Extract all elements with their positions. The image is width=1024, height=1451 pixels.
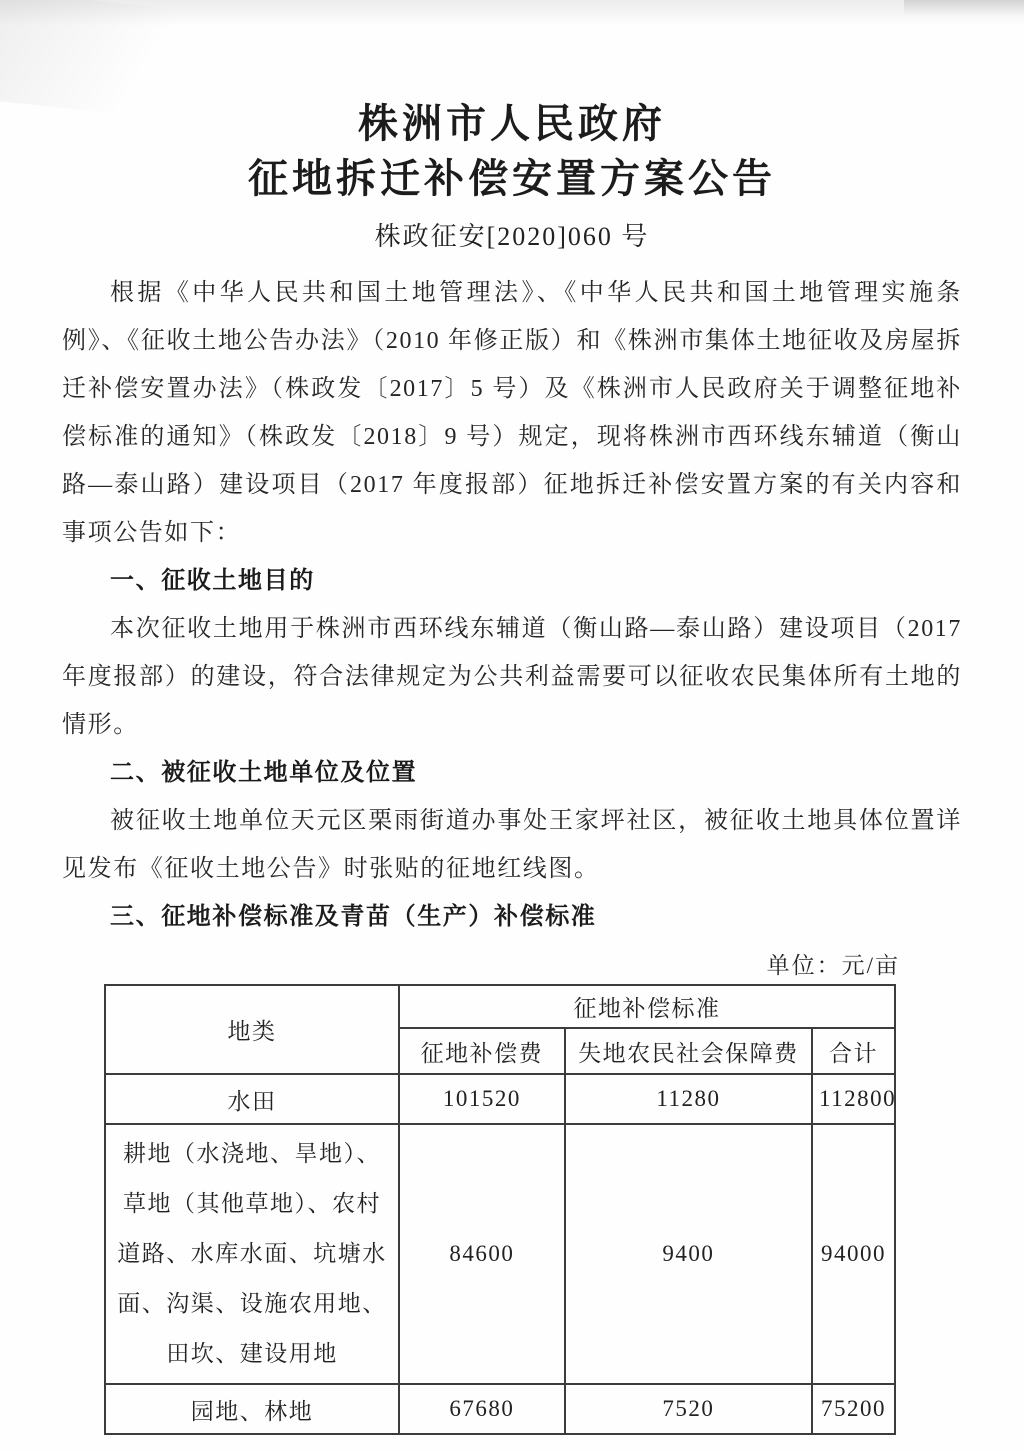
section2-body: 被征收土地单位天元区栗雨街道办事处王家坪社区，被征收土地具体位置详见发布《征收土… <box>62 797 962 893</box>
cell-land-type: 耕地（水浇地、旱地）、草地（其他草地）、农村道路、水库水面、坑塘水面、沟渠、设施… <box>105 1124 399 1384</box>
document-number: 株政征安[2020]060 号 <box>62 216 962 253</box>
unit-label: 单位：元/亩 <box>104 941 938 984</box>
cell-fee: 67680 <box>399 1384 565 1434</box>
cell-social: 11280 <box>565 1074 812 1124</box>
document-content: 株洲市人民政府 征地拆迁补偿安置方案公告 株政征安[2020]060 号 根据《… <box>0 0 1024 1435</box>
cell-fee: 84600 <box>399 1124 565 1384</box>
table-header-group-row: 地类 征地补偿标准 <box>105 985 895 1028</box>
document-page: 株洲市人民政府 征地拆迁补偿安置方案公告 株政征安[2020]060 号 根据《… <box>0 0 1024 1451</box>
document-title-line2: 征地拆迁补偿安置方案公告 <box>62 151 962 206</box>
cell-social: 7520 <box>565 1384 812 1434</box>
cell-total: 75200 <box>812 1384 895 1434</box>
header-fee: 征地补偿费 <box>399 1028 565 1074</box>
table-row: 园地、林地 67680 7520 75200 <box>105 1384 895 1434</box>
table-row: 耕地（水浇地、旱地）、草地（其他草地）、农村道路、水库水面、坑塘水面、沟渠、设施… <box>105 1124 895 1384</box>
compensation-table: 地类 征地补偿标准 征地补偿费 失地农民社会保障费 合计 水田 101520 1… <box>104 984 896 1435</box>
section3-heading: 三、征地补偿标准及青苗（生产）补偿标准 <box>62 893 962 941</box>
cell-total: 112800 <box>812 1074 895 1124</box>
cell-total: 94000 <box>812 1124 895 1384</box>
header-land-type: 地类 <box>105 985 399 1074</box>
header-total: 合计 <box>812 1028 895 1074</box>
document-title-line1: 株洲市人民政府 <box>62 96 962 151</box>
cell-fee: 101520 <box>399 1074 565 1124</box>
document-title: 株洲市人民政府 征地拆迁补偿安置方案公告 <box>62 96 962 206</box>
header-social: 失地农民社会保障费 <box>565 1028 812 1074</box>
cell-land-type: 园地、林地 <box>105 1384 399 1434</box>
cell-land-type: 水田 <box>105 1074 399 1124</box>
section1-heading: 一、征收土地目的 <box>62 557 962 605</box>
section1-body: 本次征收土地用于株洲市西环线东辅道（衡山路—泰山路）建设项目（2017年度报部）… <box>62 605 962 749</box>
table-row: 水田 101520 11280 112800 <box>105 1074 895 1124</box>
header-standard-group: 征地补偿标准 <box>399 985 895 1028</box>
intro-paragraph: 根据《中华人民共和国土地管理法》、《中华人民共和国土地管理实施条例》、《征收土地… <box>62 269 962 557</box>
cell-social: 9400 <box>565 1124 812 1384</box>
compensation-table-section: 单位：元/亩 地类 征地补偿标准 征地补偿费 失地农民社会保障费 <box>104 941 896 1435</box>
document-body: 根据《中华人民共和国土地管理法》、《中华人民共和国土地管理实施条例》、《征收土地… <box>62 269 962 941</box>
section2-heading: 二、被征收土地单位及位置 <box>62 749 962 797</box>
